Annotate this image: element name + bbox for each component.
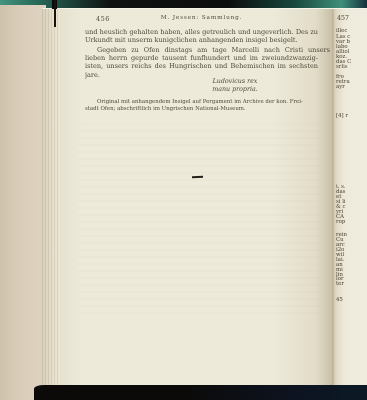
signature-line-2: manu propria.: [180, 86, 290, 93]
page-number-right: 457: [337, 15, 349, 22]
clipped-text-fragment: rop: [336, 220, 345, 225]
running-head: M. Jessen: Sammlung.: [85, 15, 318, 21]
clipped-text-fragment: 45: [336, 298, 343, 303]
clipped-text-fragment: ayr: [336, 85, 345, 90]
clipped-text-fragment: ter: [336, 282, 344, 287]
scanner-bed-bottom-shadow: [34, 385, 367, 400]
scanned-text-line: stadt Ofen; abschriftlich im Ungrischen …: [85, 105, 318, 113]
book-scan-photo: 456 M. Jessen: Sammlung. und heuslich ge…: [0, 0, 367, 400]
bookmark-ribbon: [54, 0, 56, 27]
clipped-text-fragment: [4] r: [336, 114, 348, 119]
left-page: 456 M. Jessen: Sammlung. und heuslich ge…: [60, 8, 332, 389]
scanned-text-line: lieben herrn gepurde tausent funfhundert…: [85, 54, 318, 62]
reverse-side-showthrough: [78, 124, 320, 314]
scanned-text-line: isten, unsers reichs des Hungrischen und…: [85, 62, 318, 70]
scanned-text-line: Urkundt mit unserm kunigclichen anhangen…: [85, 36, 318, 44]
book-cover-left: [0, 5, 46, 400]
scanned-text-line: Gegeben zu Ofen dinstags am tage Marcell…: [85, 46, 330, 54]
scanned-text-line: und heuslich gehalten haben, alles getre…: [85, 28, 318, 36]
clipped-text-fragment: srlis: [336, 65, 348, 70]
right-page-partial: 457 illecLas cvar blaboalliolkoz.das Csr…: [332, 8, 367, 388]
signature-line-1: Ludovicus rex: [180, 78, 290, 85]
